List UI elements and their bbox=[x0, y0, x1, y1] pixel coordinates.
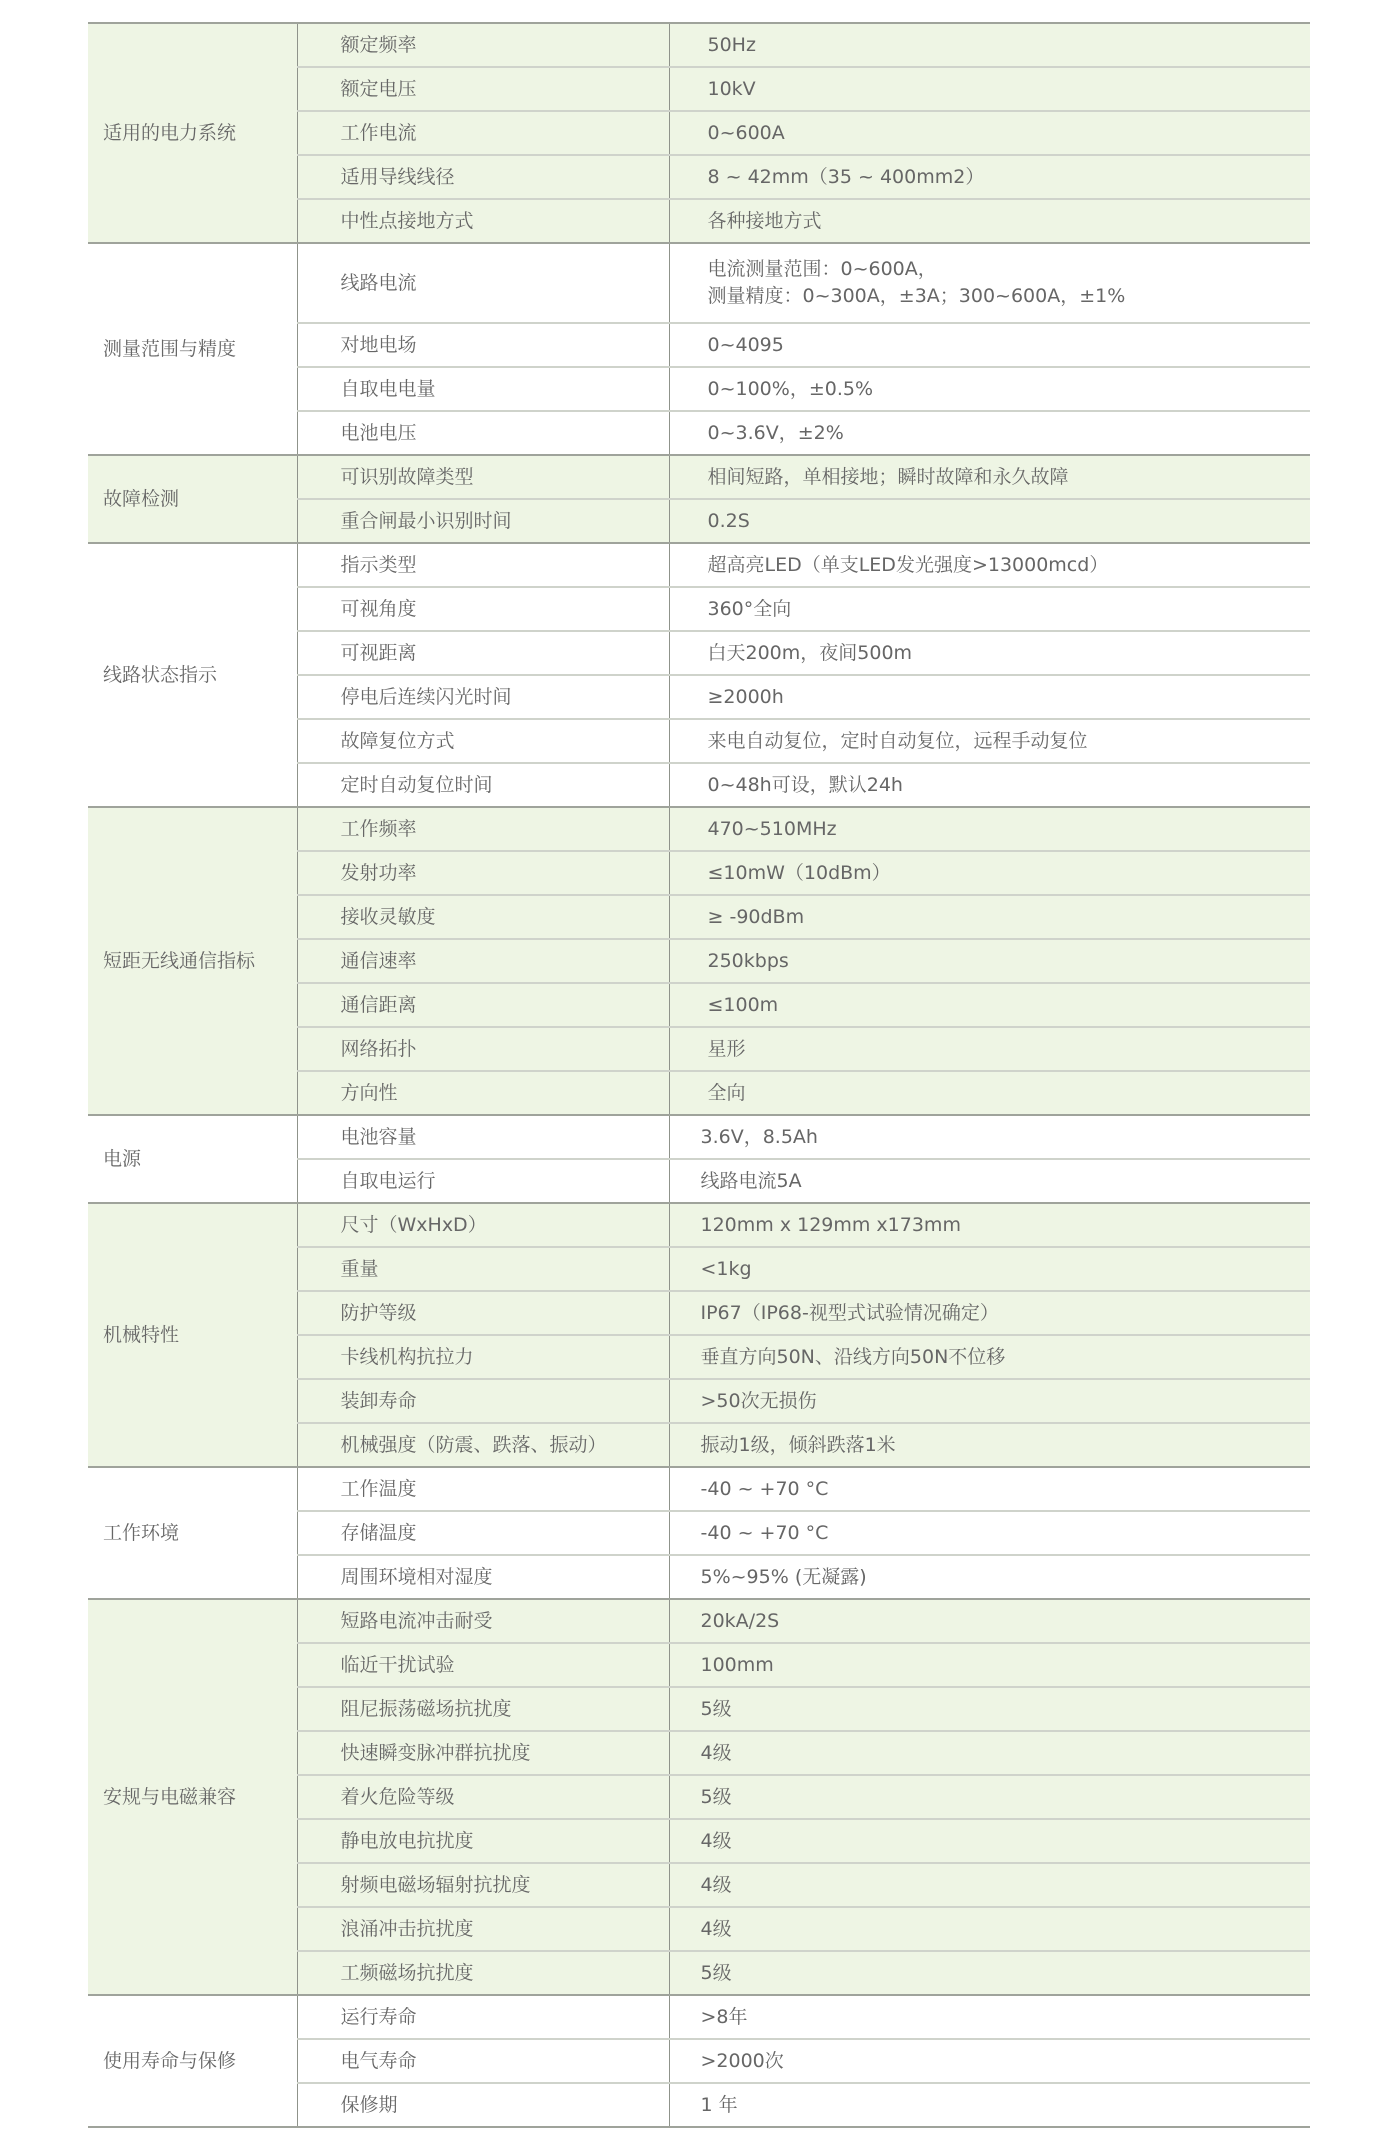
param-label: 方向性 bbox=[297, 1071, 669, 1115]
param-label: 线路电流 bbox=[297, 243, 669, 323]
param-value: 4级 bbox=[669, 1907, 1310, 1951]
param-label: 可视角度 bbox=[297, 587, 669, 631]
param-value: 5级 bbox=[669, 1951, 1310, 1995]
param-label: 保修期 bbox=[297, 2083, 669, 2127]
param-value: 1 年 bbox=[669, 2083, 1310, 2127]
param-label: 浪涌冲击抗扰度 bbox=[297, 1907, 669, 1951]
table-row: 工作环境 工作温度 -40 ~ +70 °C bbox=[88, 1467, 1310, 1511]
param-label: 自取电运行 bbox=[297, 1159, 669, 1203]
param-label: 指示类型 bbox=[297, 543, 669, 587]
param-value: >2000次 bbox=[669, 2039, 1310, 2083]
param-label: 阻尼振荡磁场抗扰度 bbox=[297, 1687, 669, 1731]
section-fault-detection: 故障检测 可识别故障类型 相间短路，单相接地；瞬时故障和永久故障 重合闸最小识别… bbox=[88, 455, 1310, 543]
param-label: 机械强度（防震、跌落、振动） bbox=[297, 1423, 669, 1467]
param-value: 5%~95% (无凝露) bbox=[669, 1555, 1310, 1599]
param-label: 快速瞬变脉冲群抗扰度 bbox=[297, 1731, 669, 1775]
param-label: 尺寸（WxHxD） bbox=[297, 1203, 669, 1247]
param-label: 对地电场 bbox=[297, 323, 669, 367]
section-safety-emc: 安规与电磁兼容 短路电流冲击耐受 20kA/2S 临近干扰试验 100mm 阻尼… bbox=[88, 1599, 1310, 1995]
section-line-status: 线路状态指示 指示类型 超高亮LED（单支LED发光强度>13000mcd） 可… bbox=[88, 543, 1310, 807]
param-label: 运行寿命 bbox=[297, 1995, 669, 2039]
param-label: 额定电压 bbox=[297, 67, 669, 111]
param-value: 3.6V，8.5Ah bbox=[669, 1115, 1310, 1159]
param-label: 电气寿命 bbox=[297, 2039, 669, 2083]
param-label: 适用导线线径 bbox=[297, 155, 669, 199]
param-value: 5级 bbox=[669, 1775, 1310, 1819]
group-label: 机械特性 bbox=[88, 1203, 297, 1467]
param-value: 10kV bbox=[669, 67, 1310, 111]
param-label: 额定频率 bbox=[297, 23, 669, 67]
param-label: 停电后连续闪光时间 bbox=[297, 675, 669, 719]
param-value: 振动1级，倾斜跌落1米 bbox=[669, 1423, 1310, 1467]
param-value: <1kg bbox=[669, 1247, 1310, 1291]
section-wireless: 短距无线通信指标 工作频率 470~510MHz 发射功率 ≤10mW（10dB… bbox=[88, 807, 1310, 1115]
param-label: 工频磁场抗扰度 bbox=[297, 1951, 669, 1995]
param-value: 星形 bbox=[669, 1027, 1310, 1071]
param-value: -40 ~ +70 °C bbox=[669, 1511, 1310, 1555]
param-value: 4级 bbox=[669, 1819, 1310, 1863]
param-value: -40 ~ +70 °C bbox=[669, 1467, 1310, 1511]
table-row: 测量范围与精度 线路电流 电流测量范围：0~600A， 测量精度：0~300A，… bbox=[88, 243, 1310, 323]
group-label: 适用的电力系统 bbox=[88, 23, 297, 243]
value-line: 测量精度：0~300A，±3A；300~600A，±1% bbox=[708, 283, 1311, 310]
param-value: ≤100m bbox=[669, 983, 1310, 1027]
param-label: 发射功率 bbox=[297, 851, 669, 895]
table-row: 使用寿命与保修 运行寿命 >8年 bbox=[88, 1995, 1310, 2039]
param-value: >50次无损伤 bbox=[669, 1379, 1310, 1423]
section-lifetime-warranty: 使用寿命与保修 运行寿命 >8年 电气寿命 >2000次 保修期 1 年 bbox=[88, 1995, 1310, 2127]
table-row: 适用的电力系统 额定频率 50Hz bbox=[88, 23, 1310, 67]
section-environment: 工作环境 工作温度 -40 ~ +70 °C 存储温度 -40 ~ +70 °C… bbox=[88, 1467, 1310, 1599]
param-label: 电池容量 bbox=[297, 1115, 669, 1159]
param-label: 周围环境相对湿度 bbox=[297, 1555, 669, 1599]
param-label: 中性点接地方式 bbox=[297, 199, 669, 243]
spec-table: 适用的电力系统 额定频率 50Hz 额定电压 10kV 工作电流 0~600A … bbox=[88, 22, 1310, 2128]
table-row: 电源 电池容量 3.6V，8.5Ah bbox=[88, 1115, 1310, 1159]
param-value: ≤10mW（10dBm） bbox=[669, 851, 1310, 895]
param-value: ≥2000h bbox=[669, 675, 1310, 719]
param-value: 4级 bbox=[669, 1731, 1310, 1775]
param-value: 20kA/2S bbox=[669, 1599, 1310, 1643]
param-value: 线路电流5A bbox=[669, 1159, 1310, 1203]
table-row: 安规与电磁兼容 短路电流冲击耐受 20kA/2S bbox=[88, 1599, 1310, 1643]
param-value: 各种接地方式 bbox=[669, 199, 1310, 243]
param-value: ≥ -90dBm bbox=[669, 895, 1310, 939]
param-value: 470~510MHz bbox=[669, 807, 1310, 851]
param-value: 来电自动复位，定时自动复位，远程手动复位 bbox=[669, 719, 1310, 763]
param-label: 自取电电量 bbox=[297, 367, 669, 411]
param-label: 工作温度 bbox=[297, 1467, 669, 1511]
table-row: 机械特性 尺寸（WxHxD） 120mm x 129mm x173mm bbox=[88, 1203, 1310, 1247]
param-label: 卡线机构抗拉力 bbox=[297, 1335, 669, 1379]
param-label: 临近干扰试验 bbox=[297, 1643, 669, 1687]
param-label: 通信距离 bbox=[297, 983, 669, 1027]
param-label: 可识别故障类型 bbox=[297, 455, 669, 499]
param-label: 故障复位方式 bbox=[297, 719, 669, 763]
param-value: 0~3.6V，±2% bbox=[669, 411, 1310, 455]
param-value: 全向 bbox=[669, 1071, 1310, 1115]
param-label: 电池电压 bbox=[297, 411, 669, 455]
group-label: 安规与电磁兼容 bbox=[88, 1599, 297, 1995]
section-mechanical: 机械特性 尺寸（WxHxD） 120mm x 129mm x173mm 重量 <… bbox=[88, 1203, 1310, 1467]
param-label: 重量 bbox=[297, 1247, 669, 1291]
section-power-system: 适用的电力系统 额定频率 50Hz 额定电压 10kV 工作电流 0~600A … bbox=[88, 23, 1310, 243]
param-value: 5级 bbox=[669, 1687, 1310, 1731]
param-label: 工作电流 bbox=[297, 111, 669, 155]
param-label: 装卸寿命 bbox=[297, 1379, 669, 1423]
group-label: 短距无线通信指标 bbox=[88, 807, 297, 1115]
param-value: 超高亮LED（单支LED发光强度>13000mcd） bbox=[669, 543, 1310, 587]
param-value: 电流测量范围：0~600A， 测量精度：0~300A，±3A；300~600A，… bbox=[669, 243, 1310, 323]
group-label: 线路状态指示 bbox=[88, 543, 297, 807]
param-label: 网络拓扑 bbox=[297, 1027, 669, 1071]
param-value: 4级 bbox=[669, 1863, 1310, 1907]
param-value: 相间短路，单相接地；瞬时故障和永久故障 bbox=[669, 455, 1310, 499]
section-power-supply: 电源 电池容量 3.6V，8.5Ah 自取电运行 线路电流5A bbox=[88, 1115, 1310, 1203]
group-label: 电源 bbox=[88, 1115, 297, 1203]
value-line: 电流测量范围：0~600A， bbox=[708, 256, 1311, 283]
param-label: 工作频率 bbox=[297, 807, 669, 851]
param-value: 50Hz bbox=[669, 23, 1310, 67]
group-label: 使用寿命与保修 bbox=[88, 1995, 297, 2127]
param-label: 短路电流冲击耐受 bbox=[297, 1599, 669, 1643]
table-row: 线路状态指示 指示类型 超高亮LED（单支LED发光强度>13000mcd） bbox=[88, 543, 1310, 587]
table-row: 短距无线通信指标 工作频率 470~510MHz bbox=[88, 807, 1310, 851]
param-value: 0~48h可设，默认24h bbox=[669, 763, 1310, 807]
param-label: 接收灵敏度 bbox=[297, 895, 669, 939]
param-value: 120mm x 129mm x173mm bbox=[669, 1203, 1310, 1247]
table-row: 故障检测 可识别故障类型 相间短路，单相接地；瞬时故障和永久故障 bbox=[88, 455, 1310, 499]
param-label: 着火危险等级 bbox=[297, 1775, 669, 1819]
param-label: 通信速率 bbox=[297, 939, 669, 983]
param-value: 0~4095 bbox=[669, 323, 1310, 367]
param-value: IP67（IP68-视型式试验情况确定） bbox=[669, 1291, 1310, 1335]
param-label: 存储温度 bbox=[297, 1511, 669, 1555]
group-label: 故障检测 bbox=[88, 455, 297, 543]
param-label: 定时自动复位时间 bbox=[297, 763, 669, 807]
param-value: 0~600A bbox=[669, 111, 1310, 155]
param-value: 250kbps bbox=[669, 939, 1310, 983]
param-label: 重合闸最小识别时间 bbox=[297, 499, 669, 543]
param-value: 垂直方向50N、沿线方向50N不位移 bbox=[669, 1335, 1310, 1379]
group-label: 测量范围与精度 bbox=[88, 243, 297, 455]
param-value: 0~100%，±0.5% bbox=[669, 367, 1310, 411]
param-value: 0.2S bbox=[669, 499, 1310, 543]
param-label: 射频电磁场辐射抗扰度 bbox=[297, 1863, 669, 1907]
param-label: 静电放电抗扰度 bbox=[297, 1819, 669, 1863]
param-value: 8 ~ 42mm（35 ~ 400mm2） bbox=[669, 155, 1310, 199]
param-value: 白天200m，夜间500m bbox=[669, 631, 1310, 675]
param-label: 可视距离 bbox=[297, 631, 669, 675]
group-label: 工作环境 bbox=[88, 1467, 297, 1599]
param-value: 360°全向 bbox=[669, 587, 1310, 631]
param-value: >8年 bbox=[669, 1995, 1310, 2039]
section-measurement: 测量范围与精度 线路电流 电流测量范围：0~600A， 测量精度：0~300A，… bbox=[88, 243, 1310, 455]
param-label: 防护等级 bbox=[297, 1291, 669, 1335]
param-value: 100mm bbox=[669, 1643, 1310, 1687]
